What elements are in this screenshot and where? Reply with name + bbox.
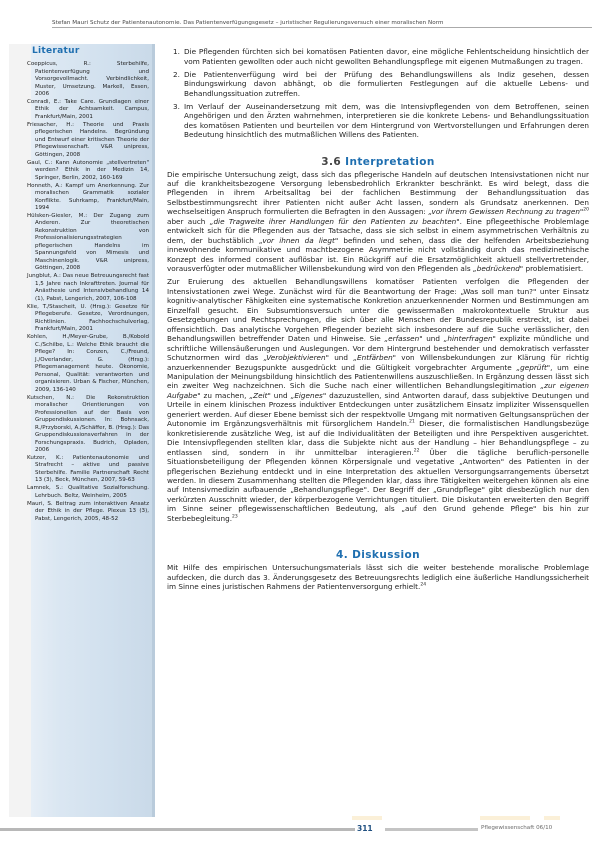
reference-item: Coeppicus, R.: Sterbehilfe, Patientenver… xyxy=(27,61,149,99)
reference-item: Jungblut, A.: Das neue Betreuungsrecht f… xyxy=(27,273,149,303)
main-text-column: 1.Die Pflegenden fürchten sich bei komat… xyxy=(167,47,589,596)
section-heading-diskussion: 4. Diskussion xyxy=(167,549,589,561)
section-number: 4. xyxy=(336,549,348,561)
list-text: Im Verlauf der Auseinandersetzung mit de… xyxy=(184,102,589,140)
journal-name: Pflegewissenschaft 06/10 xyxy=(481,825,552,831)
reference-item: Lamnek, S.: Qualitative Sozialforschung.… xyxy=(27,485,149,500)
list-text: Die Pflegenden fürchten sich bei komatös… xyxy=(184,47,589,66)
list-item: 2.Die Patientenverfügung wird bei der Pr… xyxy=(167,70,589,99)
section-number: 3.6 xyxy=(321,156,341,168)
footer-rule xyxy=(0,828,355,831)
reference-item: Gaul, C.: Kann Autonomie „stellvertreten… xyxy=(27,160,149,183)
decorative-strip xyxy=(480,816,530,820)
reference-item: Friesacher, H.: Theorie und Praxis pfleg… xyxy=(27,122,149,160)
decorative-strip xyxy=(352,816,382,820)
list-item: 3.Im Verlauf der Auseinandersetzung mit … xyxy=(167,102,589,140)
footnote-ref: 23 xyxy=(232,514,238,519)
page-footer: 311 Pflegewissenschaft 06/10 xyxy=(0,825,595,835)
paragraph: Zur Eruierung des aktuellen Behandlungsw… xyxy=(167,277,589,523)
running-header: Stefan Mauri Schutz der Patientenautonom… xyxy=(52,20,592,28)
reference-item: Klie, T./Stascheit, U. (Hrsg.): Gesetze … xyxy=(27,304,149,334)
list-number: 3. xyxy=(173,102,180,112)
footer-rule xyxy=(385,828,478,831)
findings-list: 1.Die Pflegenden fürchten sich bei komat… xyxy=(167,47,589,140)
section-title: Interpretation xyxy=(345,156,435,168)
reference-item: Kutschen, N.: Die Rekonstruktion moralis… xyxy=(27,395,149,455)
paragraph: Die empirische Untersuchung zeigt, dass … xyxy=(167,170,589,274)
reference-item: Kohlen, H./Meyer-Grube, B./Kobold C./Sch… xyxy=(27,334,149,394)
reference-item: Conradi, E.: Take Care. Grundlagen einer… xyxy=(27,99,149,122)
list-number: 1. xyxy=(173,47,180,57)
page-number: 311 xyxy=(357,824,373,833)
paragraph: Mit Hilfe des empirischen Untersuchungsm… xyxy=(167,563,589,591)
decorative-strip xyxy=(544,816,560,820)
footnote-ref: 20 xyxy=(583,208,589,213)
references-title: Literatur xyxy=(32,46,80,56)
section-title: Diskussion xyxy=(352,549,420,561)
list-text: Die Patientenverfügung wird bei der Prüf… xyxy=(184,70,589,98)
reference-item: Mauri, S. Beitrag zum interaktiven Ansat… xyxy=(27,501,149,524)
list-item: 1.Die Pflegenden fürchten sich bei komat… xyxy=(167,47,589,66)
reference-item: Kutzer, K.: Patientenautonomie und Straf… xyxy=(27,455,149,485)
reference-list: Coeppicus, R.: Sterbehilfe, Patientenver… xyxy=(27,61,149,524)
references-sidebar: Literatur Coeppicus, R.: Sterbehilfe, Pa… xyxy=(9,44,155,817)
reference-item: Honneth, A.: Kampf um Anerkennung. Zur m… xyxy=(27,183,149,213)
reference-item: Hülsken-Giesler, M.: Der Zugang zum Ande… xyxy=(27,213,149,273)
section-heading-interpretation: 3.6 Interpretation xyxy=(167,156,589,168)
list-number: 2. xyxy=(173,70,180,80)
footnote-ref: 24 xyxy=(420,583,426,588)
